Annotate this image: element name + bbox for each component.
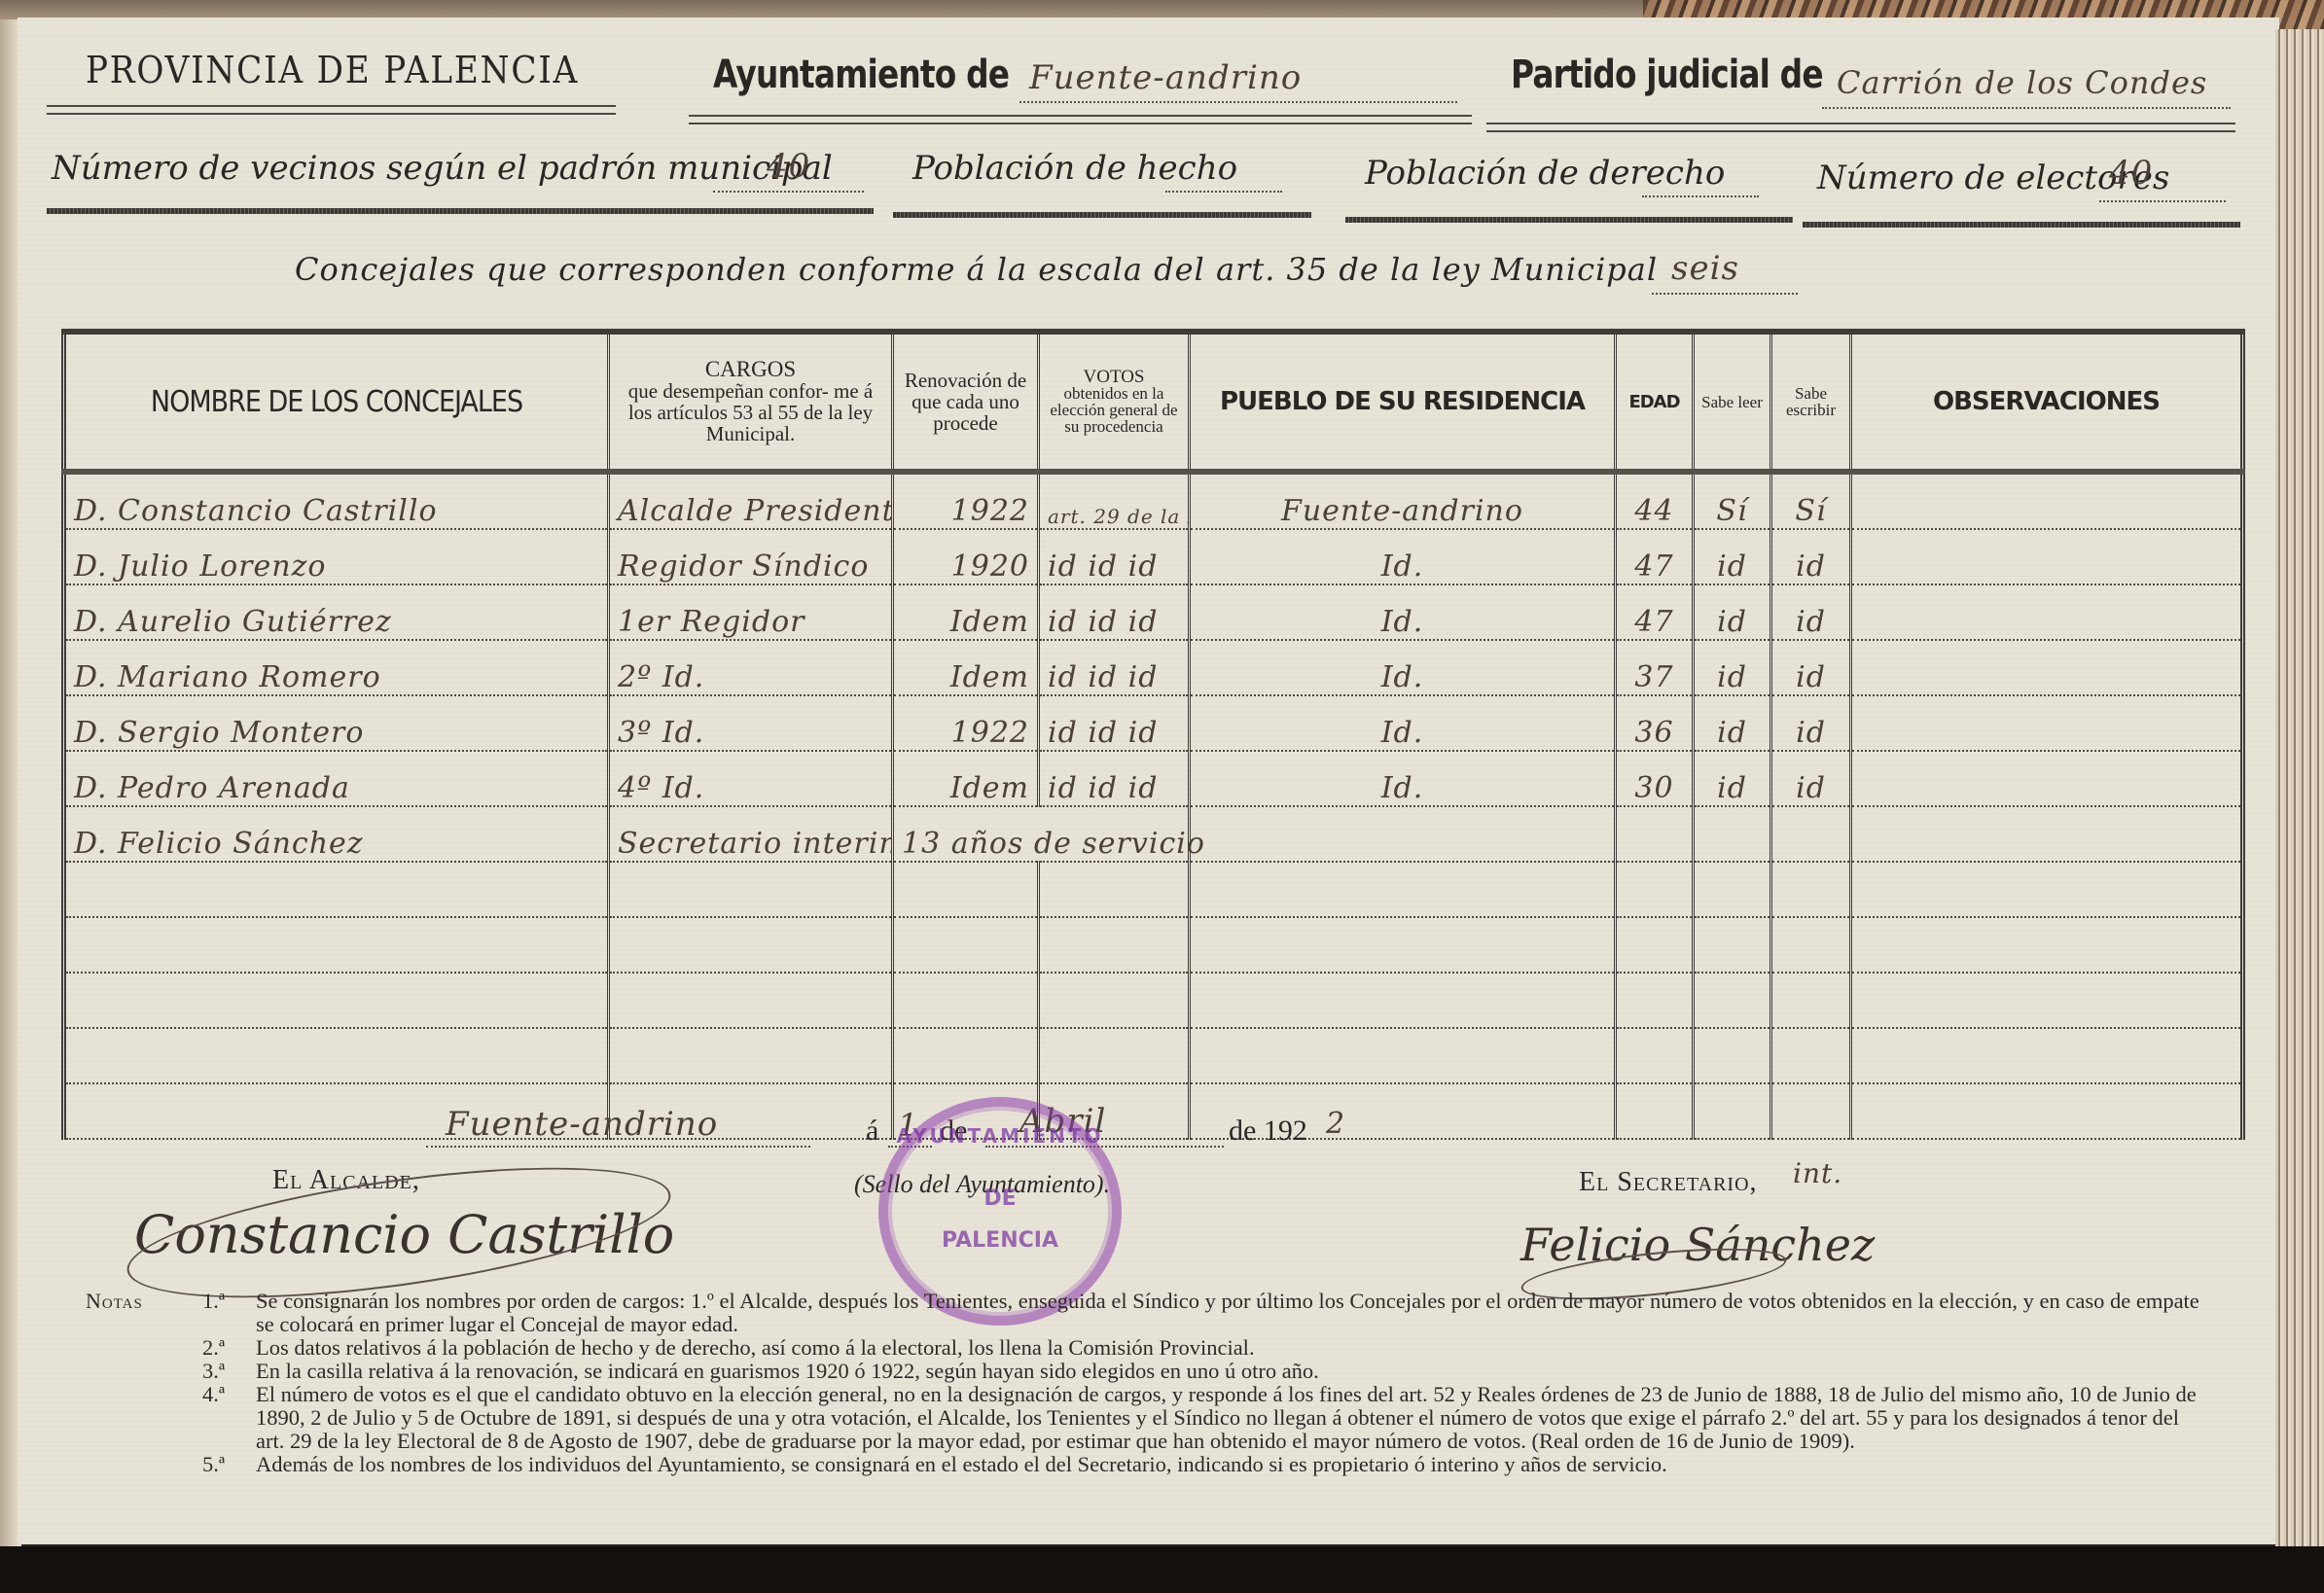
cell-leer[interactable]: [1694, 806, 1771, 862]
cell-cargo[interactable]: 2º Id.: [609, 640, 893, 695]
cell-nombre[interactable]: D. Constancio Castrillo: [64, 472, 609, 529]
date-a: á: [866, 1115, 878, 1148]
ayuntamiento-underline: [689, 115, 1472, 124]
cell-pueblo[interactable]: [1190, 862, 1616, 917]
cell-renovacion[interactable]: [893, 917, 1039, 973]
cell-edad[interactable]: 36: [1616, 695, 1694, 751]
partido-value[interactable]: Carrión de los Condes: [1837, 64, 2207, 101]
cell-cargo[interactable]: [609, 1028, 893, 1083]
cell-escribir[interactable]: id: [1771, 529, 1851, 584]
note-number: 3.ª: [202, 1360, 256, 1383]
cell-leer[interactable]: id: [1694, 584, 1771, 640]
hecho-dotline: [1165, 191, 1282, 193]
cell-renovacion[interactable]: Idem: [893, 640, 1039, 695]
cell-votos[interactable]: id id id: [1039, 640, 1190, 695]
vecinos-label: Número de vecinos según el padrón munici…: [52, 149, 833, 188]
cell-nombre[interactable]: D. Julio Lorenzo: [64, 529, 609, 584]
table-row-empty: [64, 1028, 2243, 1083]
cell-nombre[interactable]: D. Aurelio Gutiérrez: [64, 584, 609, 640]
notes-section: Notas1.ª Se consignarán los nombres por …: [86, 1290, 2206, 1476]
cell-edad[interactable]: [1616, 862, 1694, 917]
table-row-empty: [64, 973, 2243, 1028]
note-item: 3.ª En la casilla relativa á la renovaci…: [86, 1360, 2206, 1383]
note-text: Además de los nombres de los individuos …: [256, 1453, 2206, 1476]
cell-pueblo[interactable]: [1190, 973, 1616, 1028]
note-number: 1.ª: [202, 1290, 256, 1336]
notes-title: Notas: [86, 1290, 143, 1336]
cell-escribir[interactable]: id: [1771, 584, 1851, 640]
ayuntamiento-label: Ayuntamiento de: [713, 53, 1009, 97]
cell-escribir[interactable]: id: [1771, 751, 1851, 806]
cell-escribir[interactable]: [1771, 1083, 1851, 1139]
cell-nombre[interactable]: D. Pedro Arenada: [64, 751, 609, 806]
cell-observaciones[interactable]: [1851, 806, 2243, 862]
secretario-label: El Secretario,: [1579, 1167, 1758, 1198]
cell-observaciones[interactable]: [1851, 529, 2243, 584]
secretario-suffix: int.: [1793, 1157, 1842, 1189]
table-row-empty: [64, 917, 2243, 973]
concejales-value[interactable]: seis: [1671, 249, 1739, 288]
cell-observaciones[interactable]: [1851, 862, 2243, 917]
derecho-label: Población de derecho: [1365, 154, 1725, 193]
cell-leer[interactable]: id: [1694, 751, 1771, 806]
cell-pueblo[interactable]: Id.: [1190, 695, 1616, 751]
cell-renovacion[interactable]: 1922: [893, 695, 1039, 751]
electores-value[interactable]: 40: [2109, 154, 2153, 193]
cell-edad[interactable]: 47: [1616, 584, 1694, 640]
cell-votos[interactable]: [1039, 862, 1190, 917]
cell-leer[interactable]: [1694, 862, 1771, 917]
cell-leer[interactable]: id: [1694, 695, 1771, 751]
cell-votos[interactable]: id id id: [1039, 751, 1190, 806]
table-row-empty: [64, 862, 2243, 917]
ayuntamiento-field: Ayuntamiento de: [713, 52, 1074, 97]
note-item: Notas1.ª Se consignarán los nombres por …: [86, 1290, 2206, 1336]
cell-votos[interactable]: id id id: [1039, 529, 1190, 584]
partido-label: Partido judicial de: [1511, 53, 1823, 97]
table-row: D. Aurelio Gutiérrez 1er Regidor Idem id…: [64, 584, 2243, 640]
document-page: PROVINCIA DE PALENCIA Ayuntamiento de Fu…: [18, 18, 2279, 1544]
table-row: D. Sergio Montero 3º Id. 1922 id id id I…: [64, 695, 2243, 751]
cell-leer[interactable]: id: [1694, 640, 1771, 695]
hecho-label: Población de hecho: [912, 149, 1237, 188]
cell-renovacion[interactable]: [893, 862, 1039, 917]
background-dark: [0, 1546, 2324, 1593]
derecho-dotline: [1642, 195, 1759, 197]
col-escribir: Sabe escribir: [1771, 332, 1851, 472]
cell-edad[interactable]: [1616, 917, 1694, 973]
cell-renovacion[interactable]: Idem: [893, 584, 1039, 640]
ayuntamiento-dotline: [1019, 101, 1457, 103]
cell-observaciones[interactable]: [1851, 973, 2243, 1028]
cell-renovacion[interactable]: 1920: [893, 529, 1039, 584]
cell-pueblo[interactable]: [1190, 1028, 1616, 1083]
cell-renovacion[interactable]: [893, 973, 1039, 1028]
cell-leer[interactable]: [1694, 973, 1771, 1028]
note-item: 4.ª El número de votos es el que el cand…: [86, 1383, 2206, 1453]
note-text: Se consignarán los nombres por orden de …: [256, 1290, 2206, 1336]
cell-observaciones[interactable]: [1851, 1028, 2243, 1083]
date-year-suffix[interactable]: 2: [1326, 1107, 1345, 1141]
cell-leer[interactable]: [1694, 1083, 1771, 1139]
cell-edad[interactable]: 30: [1616, 751, 1694, 806]
table-row-secretario: D. Felicio Sánchez Secretario interino 1…: [64, 806, 2243, 862]
cell-renovacion[interactable]: 1922: [893, 472, 1039, 529]
province-underline: [47, 105, 616, 115]
cell-renovacion[interactable]: Idem: [893, 751, 1039, 806]
note-number: 4.ª: [202, 1383, 256, 1453]
cell-leer[interactable]: id: [1694, 529, 1771, 584]
cell-escribir[interactable]: id: [1771, 640, 1851, 695]
cell-edad[interactable]: 37: [1616, 640, 1694, 695]
cell-edad[interactable]: [1616, 973, 1694, 1028]
col-renovacion: Renovación de que cada uno procede: [893, 332, 1039, 472]
derecho-underline: [1345, 217, 1793, 223]
hecho-underline: [893, 212, 1311, 218]
partido-dotline: [1822, 107, 2231, 109]
cell-edad[interactable]: [1616, 1083, 1694, 1139]
note-item: 2.ª Los datos relativos á la población d…: [86, 1336, 2206, 1360]
cell-renovacion[interactable]: 13 años de servicio: [893, 806, 1190, 862]
table-header-row: NOMBRE DE LOS CONCEJALES CARGOS que dese…: [64, 332, 2243, 472]
note-text: El número de votos es el que el candidat…: [256, 1383, 2206, 1453]
cell-pueblo[interactable]: Id.: [1190, 751, 1616, 806]
cell-votos[interactable]: [1039, 1028, 1190, 1083]
note-number: 5.ª: [202, 1453, 256, 1476]
partido-underline: [1486, 123, 2235, 132]
table-row-empty: [64, 1083, 2243, 1139]
cell-nombre[interactable]: [64, 973, 609, 1028]
cell-votos[interactable]: id id id: [1039, 695, 1190, 751]
cell-observaciones[interactable]: [1851, 584, 2243, 640]
concejales-table: NOMBRE DE LOS CONCEJALES CARGOS que dese…: [61, 329, 2245, 1140]
cell-votos[interactable]: id id id: [1039, 584, 1190, 640]
cell-pueblo[interactable]: Fuente-andrino: [1190, 472, 1616, 529]
note-item: 5.ª Además de los nombres de los individ…: [86, 1453, 2206, 1476]
table-row: D. Mariano Romero 2º Id. Idem id id id I…: [64, 640, 2243, 695]
concejales-dotline: [1652, 293, 1798, 295]
cell-escribir[interactable]: [1771, 1028, 1851, 1083]
table-row: D. Pedro Arenada 4º Id. Idem id id id Id…: [64, 751, 2243, 806]
cell-cargo[interactable]: Secretario interino: [609, 806, 893, 862]
electores-dotline: [2099, 200, 2226, 202]
cell-renovacion[interactable]: [893, 1028, 1039, 1083]
cell-escribir[interactable]: [1771, 917, 1851, 973]
cell-pueblo[interactable]: [1190, 917, 1616, 973]
cell-nombre[interactable]: D. Mariano Romero: [64, 640, 609, 695]
cell-edad[interactable]: [1616, 1028, 1694, 1083]
table-row: D. Constancio Castrillo Alcalde Presiden…: [64, 472, 2243, 529]
cell-edad[interactable]: [1616, 806, 1694, 862]
col-votos: VOTOS obtenidos en la elección general d…: [1039, 332, 1190, 472]
cell-pueblo[interactable]: [1190, 806, 1616, 862]
vecinos-underline: [47, 208, 874, 214]
col-cargos: CARGOS que desempeñan confor- me á los a…: [609, 332, 893, 472]
book-page-edges: [2275, 29, 2324, 1546]
province-title: PROVINCIA DE PALENCIA: [86, 47, 634, 92]
cell-pueblo[interactable]: Id.: [1190, 584, 1616, 640]
cell-cargo[interactable]: Alcalde Presidente: [609, 472, 893, 529]
note-number: 2.ª: [202, 1336, 256, 1360]
cell-escribir[interactable]: [1771, 973, 1851, 1028]
cell-escribir[interactable]: id: [1771, 695, 1851, 751]
cell-leer[interactable]: Sí: [1694, 472, 1771, 529]
concejales-label: Concejales que corresponden conforme á l…: [295, 251, 1658, 288]
vecinos-value[interactable]: 40: [767, 147, 810, 186]
partido-field: Partido judicial de: [1511, 52, 1891, 97]
cell-leer[interactable]: [1694, 917, 1771, 973]
note-text: En la casilla relativa á la renovación, …: [256, 1360, 2206, 1383]
cell-cargo[interactable]: [609, 917, 893, 973]
col-edad: EDAD: [1616, 332, 1694, 472]
date-place-dotline: [426, 1146, 810, 1148]
cell-cargo[interactable]: 3º Id.: [609, 695, 893, 751]
cell-cargo[interactable]: [609, 862, 893, 917]
stamp-middle-text: DE: [888, 1186, 1112, 1211]
cell-cargo[interactable]: [609, 973, 893, 1028]
cell-observaciones[interactable]: [1851, 751, 2243, 806]
col-observaciones: OBSERVACIONES: [1851, 332, 2243, 472]
cell-pueblo[interactable]: Id.: [1190, 529, 1616, 584]
ayuntamiento-value[interactable]: Fuente-andrino: [1029, 58, 1302, 97]
cell-nombre[interactable]: [64, 862, 609, 917]
cell-escribir[interactable]: [1771, 806, 1851, 862]
cell-observaciones[interactable]: [1851, 1083, 2243, 1139]
cell-cargo[interactable]: 1er Regidor: [609, 584, 893, 640]
cell-observaciones[interactable]: [1851, 472, 2243, 529]
cell-nombre[interactable]: [64, 1028, 609, 1083]
cell-pueblo[interactable]: Id.: [1190, 640, 1616, 695]
cell-nombre[interactable]: D. Sergio Montero: [64, 695, 609, 751]
stamp-top-text: AYUNTAMIENTO: [888, 1124, 1112, 1148]
note-text: Los datos relativos á la población de he…: [256, 1336, 2206, 1360]
cell-observaciones[interactable]: [1851, 695, 2243, 751]
cell-edad[interactable]: 44: [1616, 472, 1694, 529]
cell-nombre[interactable]: D. Felicio Sánchez: [64, 806, 609, 862]
col-pueblo: PUEBLO DE SU RESIDENCIA: [1190, 332, 1616, 472]
col-nombre: NOMBRE DE LOS CONCEJALES: [64, 332, 609, 472]
cell-edad[interactable]: 47: [1616, 529, 1694, 584]
cell-votos[interactable]: [1039, 973, 1190, 1028]
cell-cargo[interactable]: Regidor Síndico: [609, 529, 893, 584]
date-place[interactable]: Fuente-andrino: [446, 1105, 718, 1144]
col-leer: Sabe leer: [1694, 332, 1771, 472]
cell-votos[interactable]: [1039, 917, 1190, 973]
table-row: D. Julio Lorenzo Regidor Síndico 1920 id…: [64, 529, 2243, 584]
vecinos-dotline: [713, 191, 864, 193]
cell-escribir[interactable]: Sí: [1771, 472, 1851, 529]
cell-escribir[interactable]: [1771, 862, 1851, 917]
electores-underline: [1803, 222, 2240, 228]
cell-votos[interactable]: art. 29 de la Ley: [1039, 472, 1190, 529]
stamp-bottom-text: PALENCIA: [888, 1228, 1112, 1253]
cell-observaciones[interactable]: [1851, 917, 2243, 973]
date-year-prefix: de 192: [1229, 1115, 1307, 1148]
cell-observaciones[interactable]: [1851, 640, 2243, 695]
cell-nombre[interactable]: [64, 917, 609, 973]
cell-leer[interactable]: [1694, 1028, 1771, 1083]
cell-cargo[interactable]: 4º Id.: [609, 751, 893, 806]
province-label: PROVINCIA DE PALENCIA: [86, 49, 579, 91]
